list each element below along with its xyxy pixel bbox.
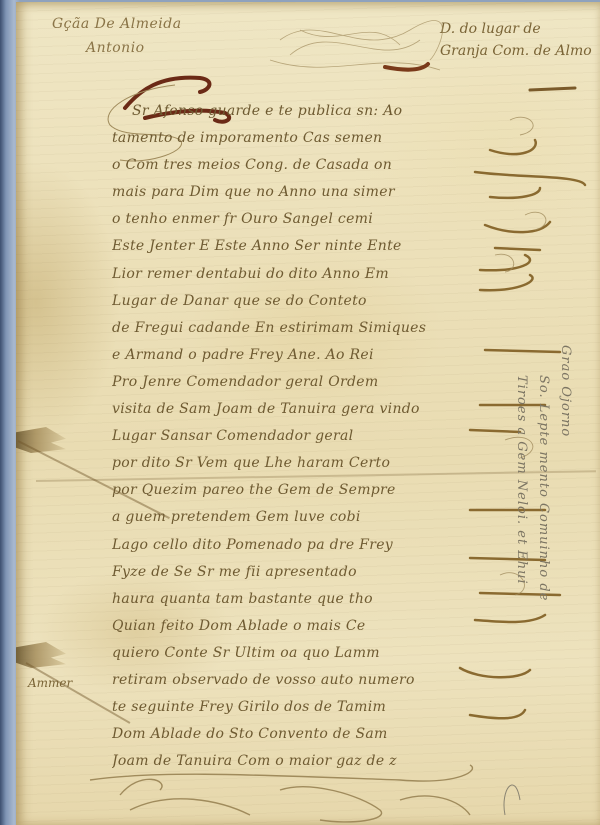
manuscript-body: Sr Afonso guarde e te publica sn: Ao tam… [112, 98, 502, 775]
header-left-line-2: Antonio [52, 36, 182, 60]
body-line: Este Jenter E Este Anno Ser ninte Ente [112, 233, 502, 260]
side-note-column: Grao Ojorno [554, 345, 576, 601]
body-line: visita de Sam Joam de Tanuira gera vindo [112, 396, 502, 423]
body-line: a guem pretendem Gem luve cobi [112, 504, 502, 531]
body-line: Dom Ablade do Sto Convento de Sam [112, 721, 502, 748]
body-line: retiram observado de vosso auto numero [112, 667, 502, 694]
body-line: por Quezim pareo the Gem de Sempre [112, 477, 502, 504]
body-line: Sr Afonso guarde e te publica sn: Ao [112, 98, 502, 125]
left-margin-note: Ammer [28, 676, 72, 690]
body-line: Lugar Sansar Comendador geral [112, 423, 502, 450]
body-line: quiero Conte Sr Ultim oa quo Lamm [112, 640, 502, 667]
body-line: Fyze de Se Sr me fii apresentado [112, 559, 502, 586]
body-line: Quian feito Dom Ablade o mais Ce [112, 613, 502, 640]
body-line: mais para Dim que no Anno una simer [112, 179, 502, 206]
body-line: tamento de imporamento Cas semen [112, 125, 502, 152]
body-line: Joam de Tanuira Com o maior gaz de z [112, 748, 502, 775]
body-line: por dito Sr Vem que Lhe haram Certo [112, 450, 502, 477]
side-note-column: Tiroes a Gem Neloi. et Ehui [510, 345, 532, 601]
body-line: Pro Jenre Comendador geral Ordem [112, 369, 502, 396]
body-line: haura quanta tam bastante que tho [112, 586, 502, 613]
body-line: o Com tres meios Cong. de Casada on [112, 152, 502, 179]
header-right-line-2: Granja Com. de Almo [440, 40, 592, 62]
pencil-side-annotation: Grao Ojorno So. Lepte mento Comuinho de … [510, 345, 576, 601]
page-tear-upper [16, 427, 66, 453]
body-line: Lago cello dito Pomenado pa dre Frey [112, 532, 502, 559]
body-line: Lugar de Danar que se do Conteto [112, 288, 502, 315]
header-left: Gçãa De Almeida Antonio [52, 12, 182, 60]
body-line: o tenho enmer fr Ouro Sangel cemi [112, 206, 502, 233]
header-left-line-1: Gçãa De Almeida [52, 12, 182, 36]
body-line: de Fregui cadande En estirimam Simiques [112, 315, 502, 342]
side-note-column: So. Lepte mento Comuinho de [532, 345, 554, 601]
page-tear-lower [16, 642, 66, 668]
body-line: Lior remer dentabui do dito Anno Em [112, 261, 502, 288]
header-right: D. do lugar de Granja Com. de Almo [440, 18, 592, 62]
body-line: te seguinte Frey Girilo dos de Tamim [112, 694, 502, 721]
body-line: e Armand o padre Frey Ane. Ao Rei [112, 342, 502, 369]
header-right-line-1: D. do lugar de [440, 18, 592, 40]
